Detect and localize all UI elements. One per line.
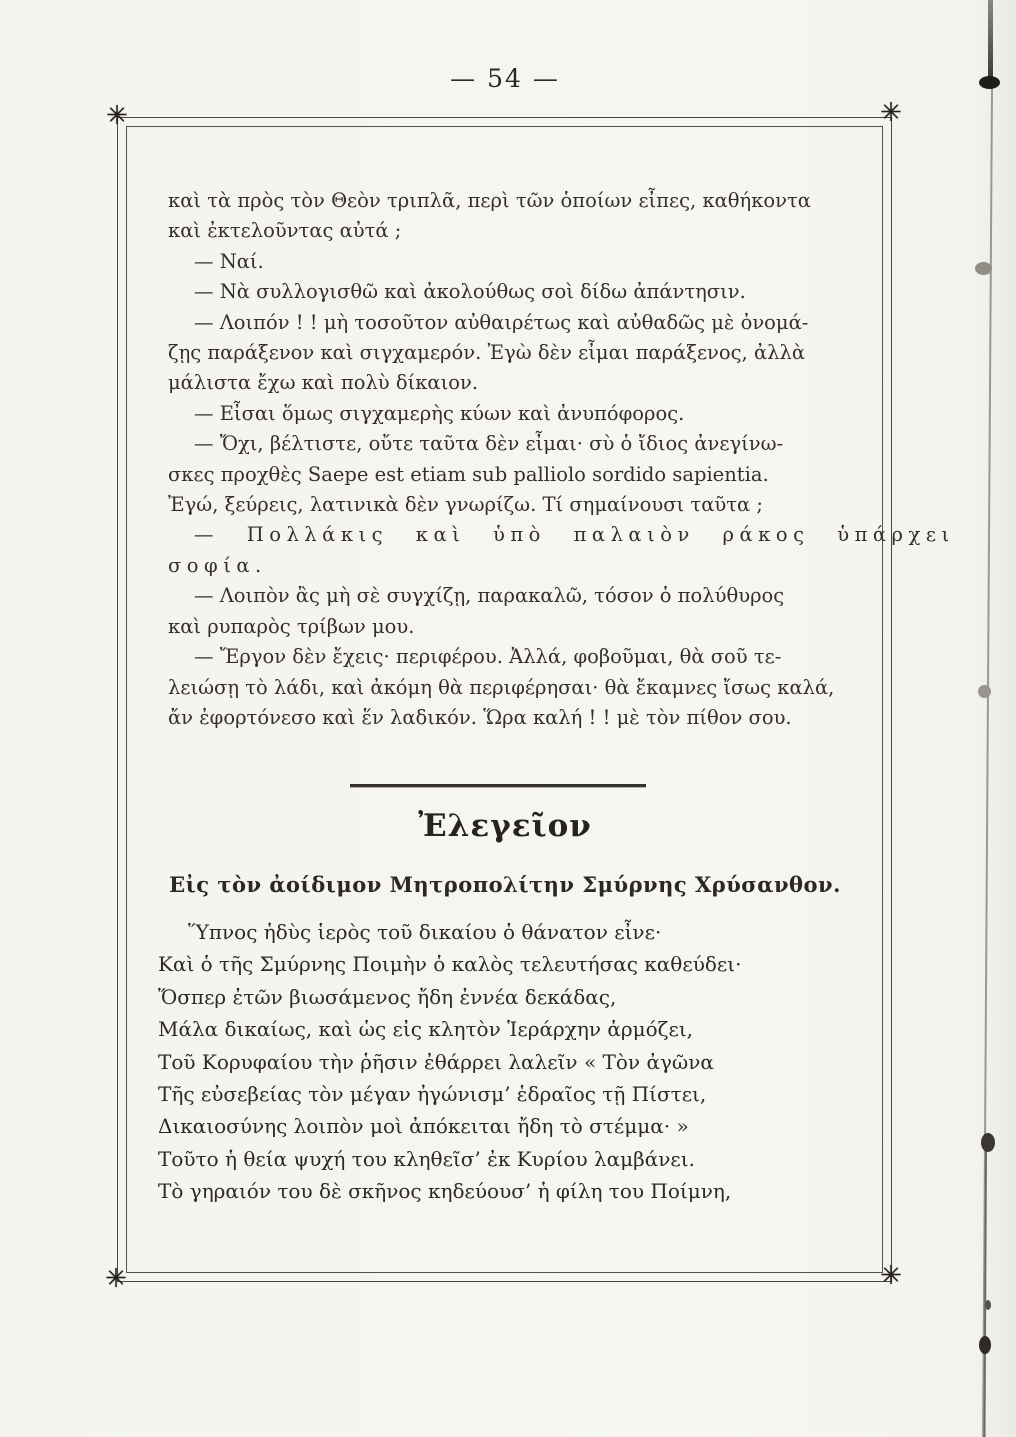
dialogue-line: — Λοιπόν ! ! μὴ τοσοῦτον αὐθαιρέτως καὶ …	[168, 308, 860, 338]
poem-verse-line: Τὸ γηραιόν του δὲ σκῆνος κηδεύουσ’ ἡ φίλ…	[158, 1175, 868, 1207]
poem-verse-line: Ὅσπερ ἐτῶν βιωσάμενος ἤδη ἐννέα δεκάδας,	[158, 981, 868, 1013]
asterisk-ornament-icon-bottom-left: ✳	[103, 1266, 129, 1292]
dialogue-line: λειώσῃ τὸ λάδι, καὶ ἀκόμη θὰ περιφέρησαι…	[168, 673, 860, 703]
dialogue-line: καὶ τὰ πρὸς τὸν Θεὸν τριπλᾶ, περὶ τῶν ὁπ…	[168, 186, 860, 216]
binding-edge-thin-line-lower	[983, 1150, 986, 1437]
poem-verse-line: Τοῦ Κορυφαίου τὴν ῥῆσιν ἐθάρρει λαλεῖν «…	[158, 1046, 868, 1078]
dialogue-line: σοφία.	[168, 551, 860, 581]
dialogue-line: — Ὄχι, βέλτιστε, οὔτε ταῦτα δὲν εἶμαι· σ…	[168, 429, 860, 459]
dialogue-line: ἄν ἐφορτόνεσο καὶ ἕν λαδικόν. Ὥρα καλή !…	[168, 703, 860, 733]
dialogue-line: καὶ ρυπαρὸς τρίβων μου.	[168, 612, 860, 642]
poem-verse-line: Ὕπνος ἡδὺς ἱερὸς τοῦ δικαίου ὁ θάνατον ε…	[158, 916, 868, 948]
poem-verse-line: Τῆς εὐσεβείας τὸν μέγαν ἠγώνισμ’ ἑδραῖος…	[158, 1078, 868, 1110]
dialogue-line: — Ἔργον δὲν ἔχεις· περιφέρου. Ἀλλά, φοβο…	[168, 642, 860, 672]
poem-verse-line: Τοῦτο ἡ θεία ψυχή του κληθεῖσ’ ἐκ Κυρίου…	[158, 1143, 868, 1175]
dialogue-line: ζῃς παράξενον καὶ σιγχαμερόν. Ἐγὼ δὲν εἶ…	[168, 338, 860, 368]
scanned-book-page: — 54 — ✳ ✳ ✳ ✳ καὶ τὰ πρὸς τὸν Θεὸν τριπ…	[0, 0, 1016, 1437]
dialogue-line: Ἐγώ, ξεύρεις, λατινικὰ δὲν γνωρίζω. Τί σ…	[168, 490, 860, 520]
poem-verse-line: Καὶ ὁ τῆς Σμύρνης Ποιμὴν ὁ καλὸς τελευτή…	[158, 948, 868, 980]
binding-edge-blob	[985, 1300, 991, 1310]
section-separator-rule	[350, 784, 646, 787]
dialogue-line: — Εἶσαι ὅμως σιγχαμερὴς κύων καὶ ἀνυπόφο…	[168, 399, 860, 429]
elegy-dedication: Εἰς τὸν ἀοίδιμον Μητροπολίτην Σμύρνης Χρ…	[117, 872, 893, 897]
dialogue-line: σκες προχθὲς Saepe est etiam sub palliol…	[168, 460, 860, 490]
binding-edge-blob	[978, 685, 991, 698]
asterisk-ornament-icon-top-left: ✳	[104, 103, 130, 129]
poem-verse-line: Δικαιοσύνης λοιπὸν μοὶ ἀπόκειται ἤδη τὸ …	[158, 1110, 868, 1142]
asterisk-ornament-icon-bottom-right: ✳	[878, 1263, 904, 1289]
dialogue-line: καὶ ἐκτελοῦντας αὐτά ;	[168, 216, 860, 246]
asterisk-ornament-icon-top-right: ✳	[878, 100, 904, 126]
elegy-poem-block: Ὕπνος ἡδὺς ἱερὸς τοῦ δικαίου ὁ θάνατον ε…	[158, 916, 868, 1208]
page-number: — 54 —	[117, 64, 893, 93]
dialogue-line: μάλιστα ἔχω καὶ πολὺ δίκαιον.	[168, 368, 860, 398]
binding-edge-thick-line	[988, 0, 993, 80]
binding-edge-blob	[975, 262, 992, 275]
binding-edge-blob	[979, 76, 1000, 89]
binding-edge-blob	[979, 1336, 991, 1354]
elegy-title: Ἐλεγεῖον	[117, 808, 893, 844]
binding-edge-blob	[981, 1133, 995, 1152]
dialogue-line: — Νὰ συλλογισθῶ καὶ ἀκολούθως σοὶ δίδω ἀ…	[168, 277, 860, 307]
dialogue-line: — Πολλάκις καὶ ὑπὸ παλαιὸν ράκος ὑπάρχει	[168, 520, 860, 550]
dialogue-line: — Λοιπὸν ἂς μὴ σὲ συγχίζῃ, παρακαλῶ, τόσ…	[168, 581, 860, 611]
dialogue-text-block: καὶ τὰ πρὸς τὸν Θεὸν τριπλᾶ, περὶ τῶν ὁπ…	[168, 186, 860, 733]
poem-verse-line: Μάλα δικαίως, καὶ ὡς εἰς κλητὸν Ἱεράρχην…	[158, 1013, 868, 1045]
dialogue-line: — Ναί.	[168, 247, 860, 277]
